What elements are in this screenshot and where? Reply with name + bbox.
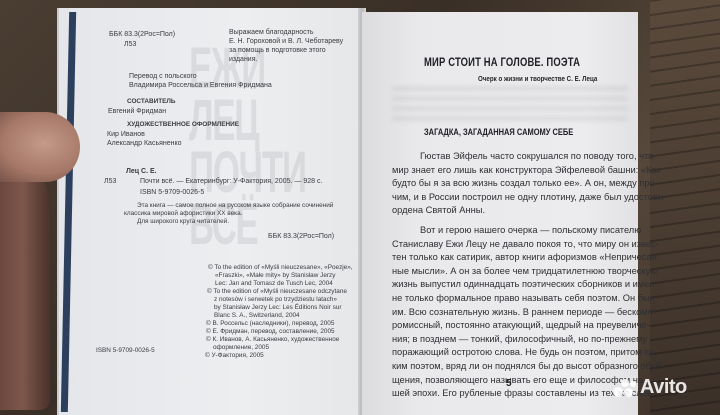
compiler-name: Евгений Фридман [108,107,166,116]
compiler-heading: СОСТАВИТЕЛЬ [127,98,175,106]
section-heading: ЗАГАДКА, ЗАГАДАННАЯ САМОМУ СЕБЕ [424,127,573,137]
author-code: Л53 [104,177,116,186]
page-number: 5 [506,378,512,389]
isbn-line: ISBN 5-9709-0026-5 [140,188,204,197]
cover-spine-edge [61,12,76,412]
bbk-code-bottom: ББК 83.3(2Рос=Пол) [268,232,334,241]
imprint: Почти всё. — Екатеринбург: У-Фактория, 2… [140,177,322,186]
chapter-subtitle: Очерк о жизни и творчестве С. Е. Леца [478,74,597,83]
bbk-code-top: ББК 83.3(2Рос=Пол) [109,30,175,39]
show-through-text [392,86,628,124]
thumb [0,112,80,182]
body-text: Гюстав Эйфель часто сокрушался по поводу… [392,150,628,401]
avito-logo-icon [613,378,637,398]
isbn-bottom: ISBN 5-9709-0026-5 [96,347,155,355]
designer-2: Александр Касьяненко [107,139,182,148]
hand [0,170,50,410]
author-name: Лец С. Е. [126,167,157,176]
wood-grain [650,0,720,415]
designer-1: Кир Иванов [107,130,145,139]
avito-wordmark: Avito [640,376,687,399]
avito-watermark: Avito [613,376,687,399]
design-heading: ХУДОЖЕСТВЕННОЕ ОФОРМЛЕНИЕ [127,121,239,129]
author-code-top: Л53 [124,40,136,49]
chapter-title: МИР СТОИТ НА ГОЛОВЕ. ПОЭТА [424,57,580,69]
